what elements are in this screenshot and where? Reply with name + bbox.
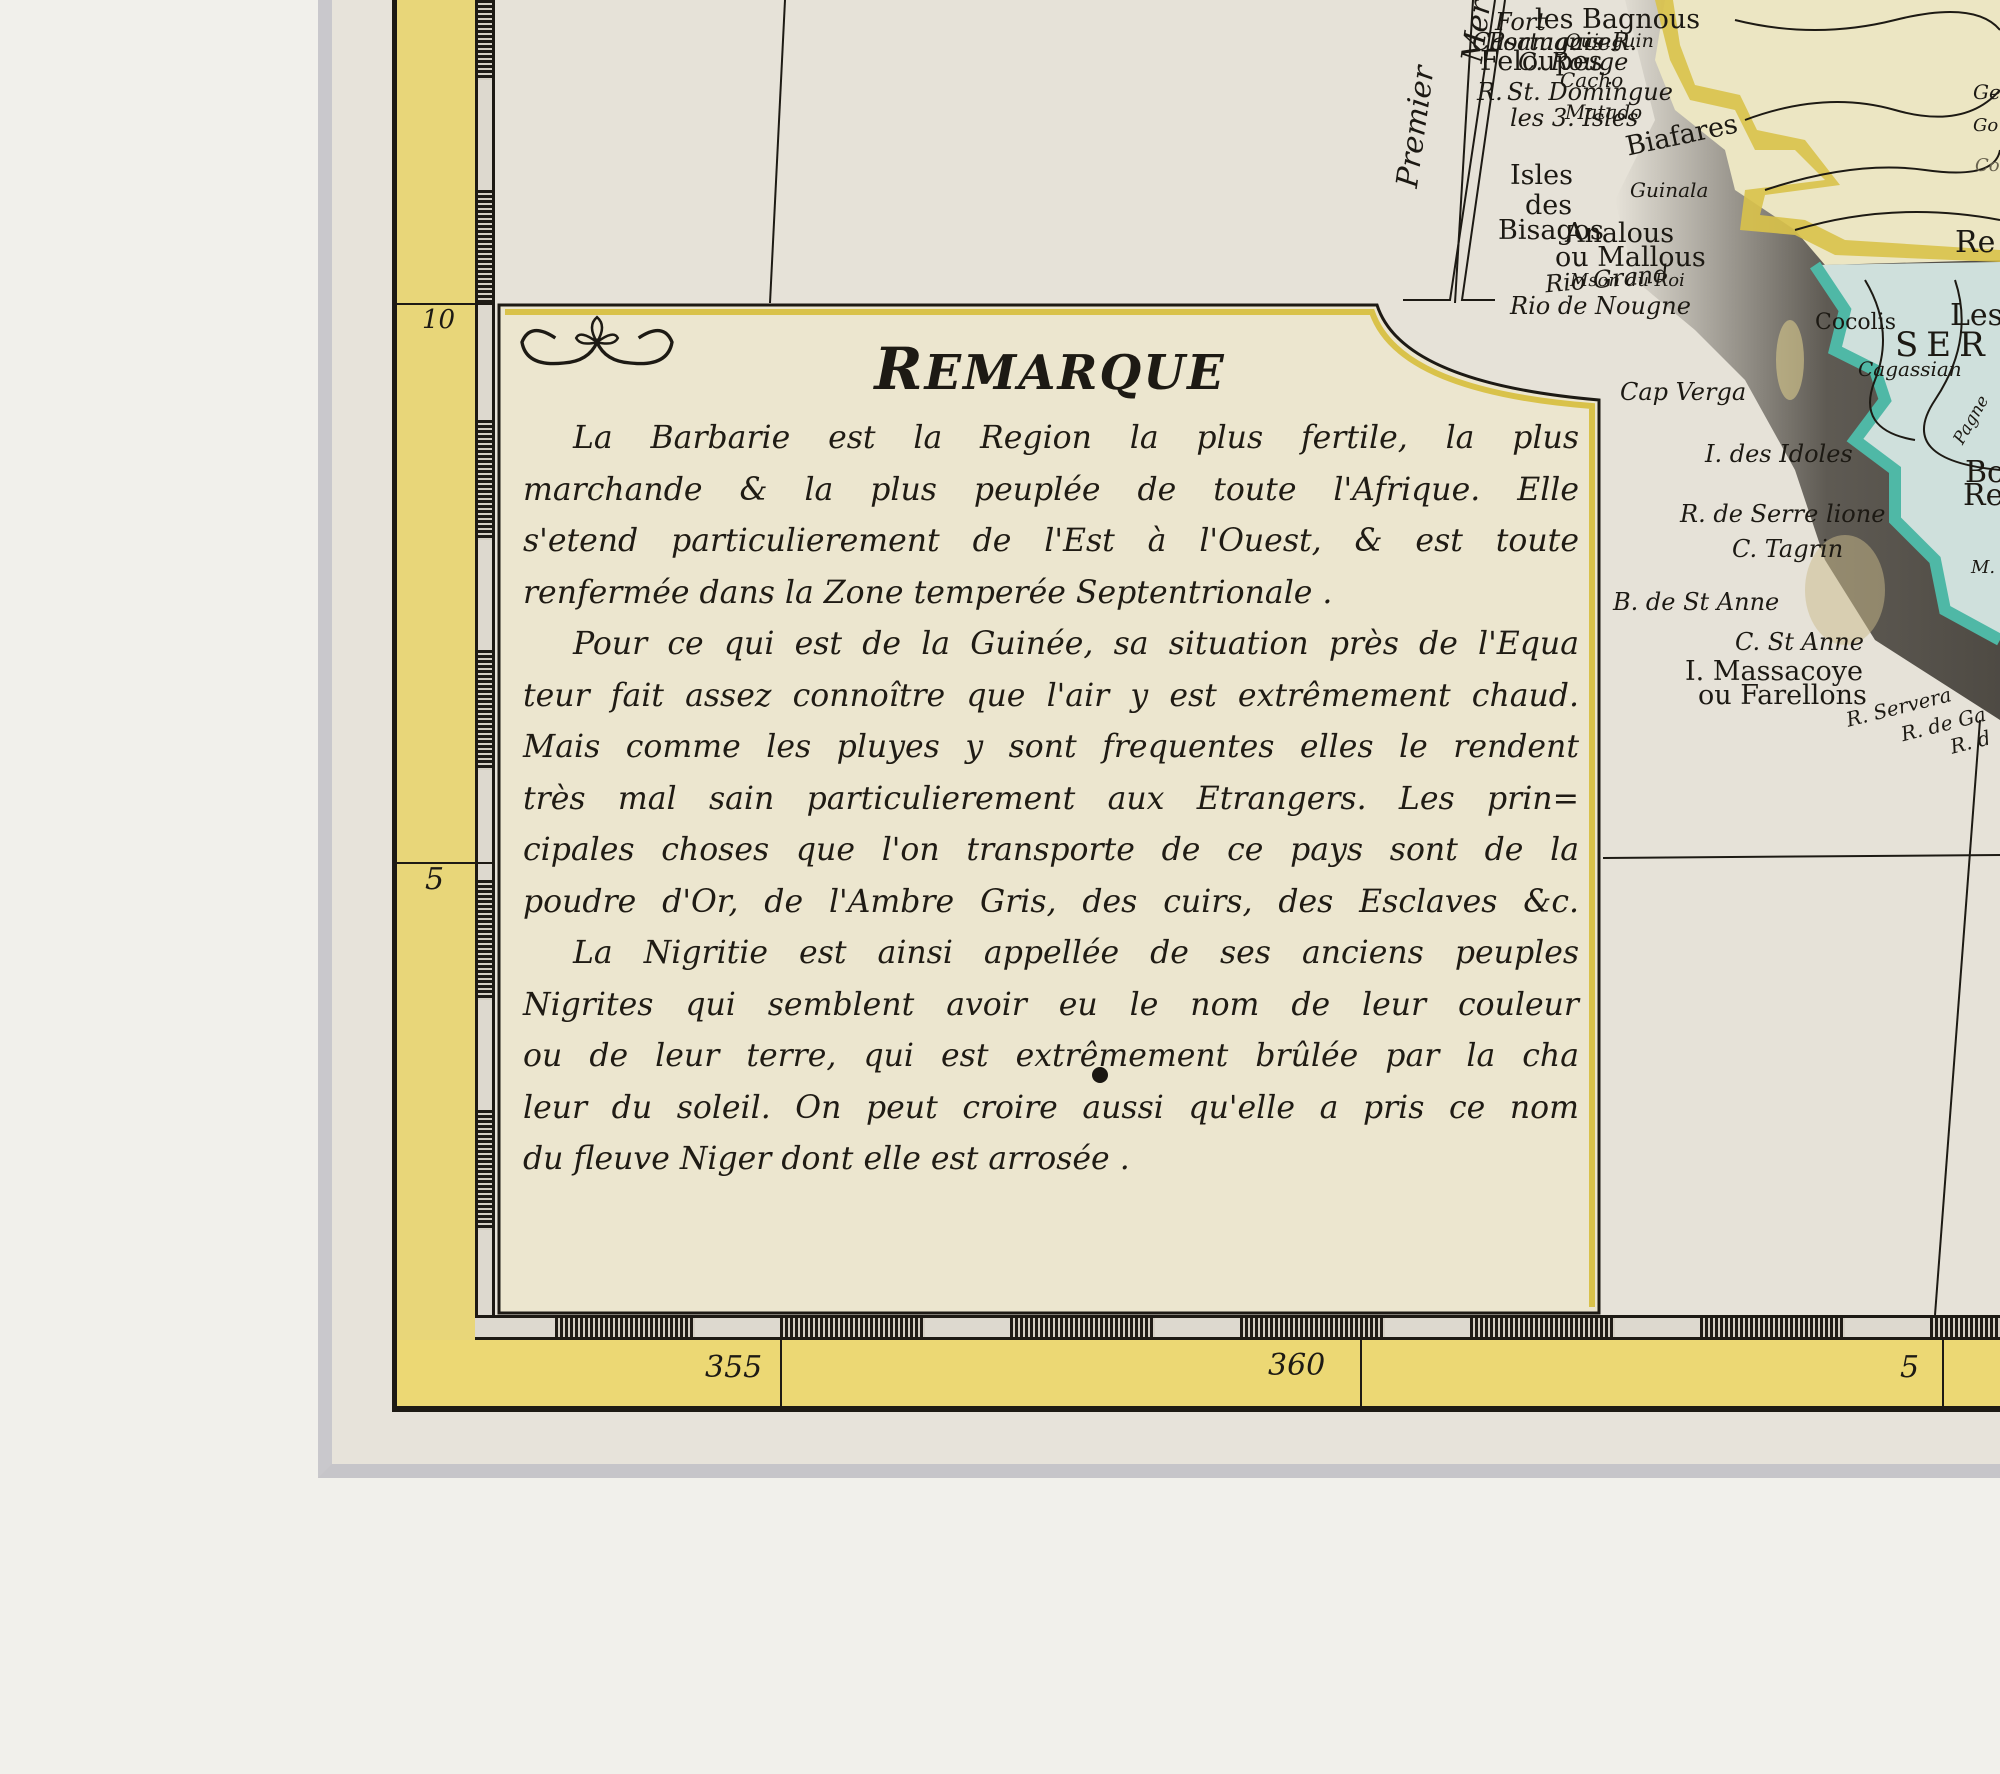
remark-line: La Nigritie est ainsi appellée de ses an… (523, 928, 1579, 980)
remark-line: très mal sain particulierement aux Etran… (523, 774, 1579, 826)
remark-line: ou de leur terre, qui est extrêmement br… (523, 1031, 1579, 1083)
remark-line: Nigrites qui semblent avoir eu le nom de… (523, 980, 1579, 1032)
remark-line: La Barbarie est la Region la plus fertil… (523, 413, 1579, 465)
remark-line: teur fait assez connoître que l'air y es… (523, 671, 1579, 723)
remark-line: cipales choses que l'on transporte de ce… (523, 825, 1579, 877)
cartouche-text: La Barbarie est la Region la plus fertil… (523, 413, 1579, 1186)
remark-line: leur du soleil. On peut croire aussi qu'… (523, 1083, 1579, 1135)
remark-line: du fleuve Niger dont elle est arrosée . (523, 1134, 1579, 1186)
lon-label-5: 5 (1900, 1350, 1919, 1385)
lat-label-5: 5 (425, 862, 444, 897)
flourish-ornament-icon (497, 303, 697, 373)
lon-label-355: 355 (705, 1350, 762, 1385)
lon-label-360: 360 (1268, 1348, 1325, 1383)
remark-line: Pour ce qui est de la Guinée, sa situati… (523, 619, 1579, 671)
lon-tick-355 (780, 1340, 782, 1406)
remark-line: renfermée dans la Zone temperée Septentr… (523, 568, 1579, 620)
remarque-cartouche: REMARQUE La Barbarie est la Region la pl… (497, 303, 1603, 1315)
remark-line: poudre d'Or, de l'Ambre Gris, des cuirs,… (523, 877, 1579, 929)
lat-label-10: 10 (422, 305, 455, 335)
latitude-scale-bar (475, 0, 495, 1340)
lat-tick-5 (397, 862, 495, 864)
remark-line: Mais comme les pluyes y sont frequentes … (523, 722, 1579, 774)
remark-line: s'etend particulierement de l'Est à l'Ou… (523, 516, 1579, 568)
ink-spot (1092, 1067, 1108, 1083)
remark-line: marchande & la plus peuplée de toute l'A… (523, 465, 1579, 517)
lon-tick-360 (1360, 1340, 1362, 1406)
lon-tick-5 (1942, 1340, 1944, 1406)
longitude-scale-bar (475, 1315, 2000, 1340)
left-yellow-border-band (397, 0, 475, 1406)
bottom-yellow-border-band (397, 1340, 2000, 1406)
